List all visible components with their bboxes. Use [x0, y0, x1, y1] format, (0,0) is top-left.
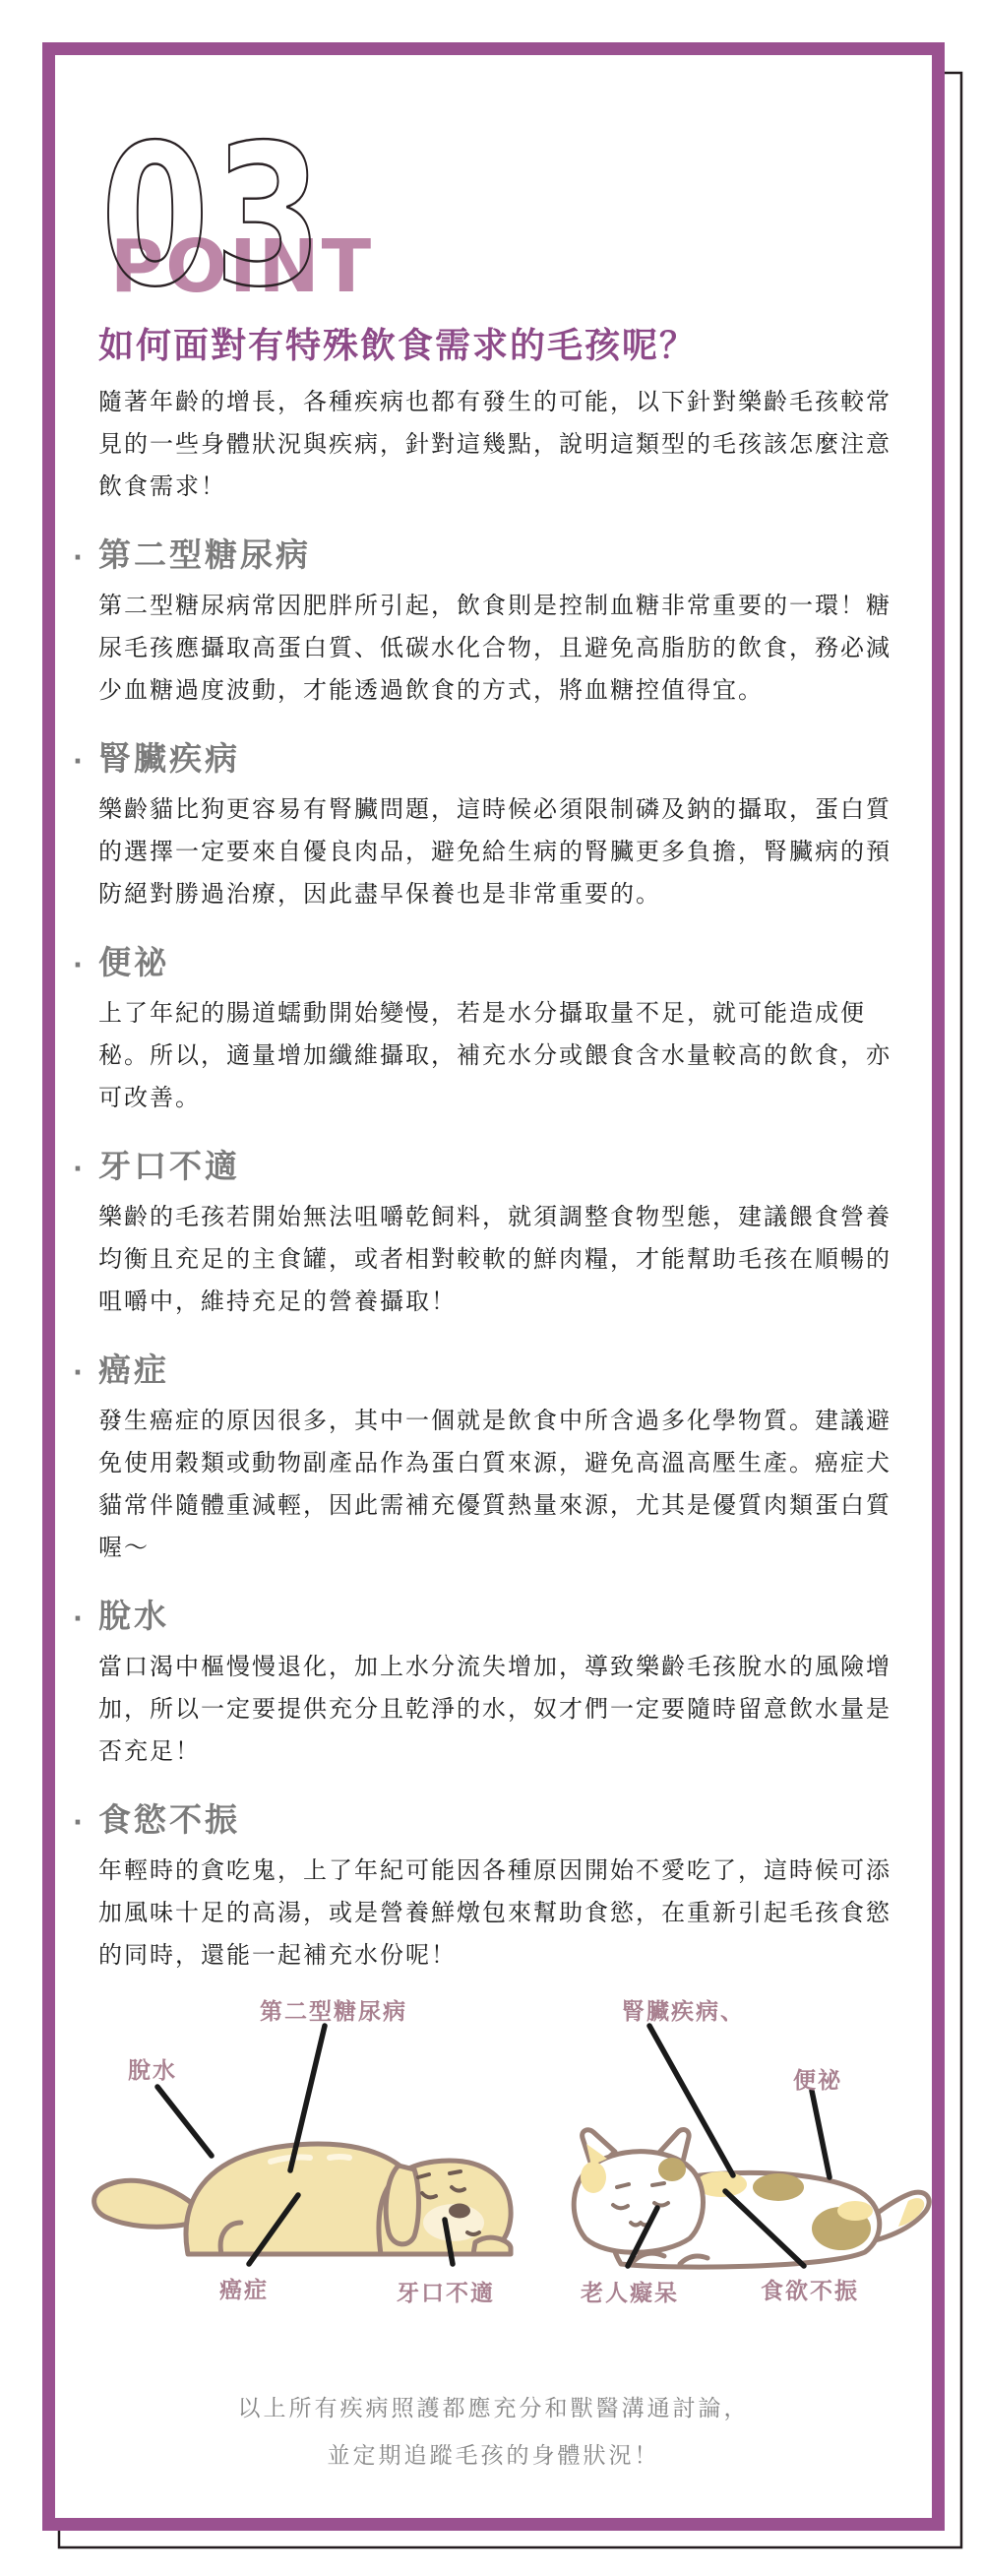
- label-dehydration: 脫水: [128, 2052, 177, 2085]
- bullet-dot: ·: [73, 1351, 86, 1395]
- main-content: 如何面對有特殊飲食需求的毛孩呢？ 隨著年齡的增長，各種疾病也都有發生的可能，以下…: [98, 324, 895, 1977]
- section-dental: ·牙口不適 樂齡的毛孩若開始無法咀嚼乾飼料，就須調整食物型態，建議餵食營養均衡且…: [98, 1145, 895, 1323]
- section-body: 年輕時的貪吃鬼，上了年紀可能因各種原因開始不愛吃了，這時候可添加風味十足的高湯，…: [98, 1850, 895, 1977]
- section-body: 當口渴中樞慢慢退化，加上水分流失增加，導致樂齡毛孩脫水的風險增加，所以一定要提供…: [98, 1646, 895, 1773]
- section-heading: ·便祕: [98, 941, 895, 984]
- section-heading: ·脫水: [98, 1595, 895, 1638]
- section-heading: ·牙口不適: [98, 1145, 895, 1188]
- label-appetite: 食欲不振: [761, 2273, 859, 2305]
- section-heading: ·腎臟疾病: [98, 737, 895, 781]
- label-diabetes: 第二型糖尿病: [260, 1993, 407, 2026]
- section-heading-text: 食慾不振: [98, 1800, 240, 1839]
- intro-paragraph: 隨著年齡的增長，各種疾病也都有發生的可能，以下針對樂齡毛孩較常見的一些身體狀況與…: [98, 381, 895, 508]
- section-kidney: ·腎臟疾病 樂齡貓比狗更容易有腎臟問題，這時候必須限制磷及鈉的攝取，蛋白質的選擇…: [98, 737, 895, 915]
- cat-figure: [574, 2130, 929, 2268]
- section-body: 第二型糖尿病常因肥胖所引起，飲食則是控制血糖非常重要的一環！糖尿毛孩應攝取高蛋白…: [98, 585, 895, 712]
- label-constipation: 便祕: [793, 2062, 842, 2095]
- section-heading-text: 便祕: [98, 943, 169, 981]
- bullet-dot: ·: [73, 1801, 86, 1845]
- label-dental: 牙口不適: [397, 2275, 495, 2307]
- section-heading-text: 腎臟疾病: [98, 739, 240, 778]
- bullet-dot: ·: [73, 944, 86, 987]
- label-cancer: 癌症: [219, 2272, 269, 2304]
- section-heading-text: 牙口不適: [98, 1147, 240, 1185]
- section-body: 上了年紀的腸道蠕動開始變慢，若是水分攝取量不足，就可能造成便秘。所以，適量增加纖…: [98, 992, 895, 1119]
- label-kidney: 腎臟疾病、: [622, 1993, 745, 2026]
- section-heading-text: 第二型糖尿病: [98, 535, 311, 574]
- section-constipation: ·便祕 上了年紀的腸道蠕動開始變慢，若是水分攝取量不足，就可能造成便秘。所以，適…: [98, 941, 895, 1119]
- section-body: 發生癌症的原因很多，其中一個就是飲食中所含過多化學物質。建議避免使用穀類或動物副…: [98, 1400, 895, 1569]
- section-diabetes: ·第二型糖尿病 第二型糖尿病常因肥胖所引起，飲食則是控制血糖非常重要的一環！糖尿…: [98, 534, 895, 712]
- section-cancer: ·癌症 發生癌症的原因很多，其中一個就是飲食中所含過多化學物質。建議避免使用穀類…: [98, 1349, 895, 1569]
- section-heading-text: 癌症: [98, 1351, 169, 1389]
- section-appetite: ·食慾不振 年輕時的貪吃鬼，上了年紀可能因各種原因開始不愛吃了，這時候可添加風味…: [98, 1798, 895, 1977]
- bullet-dot: ·: [73, 1148, 86, 1191]
- section-heading-text: 脫水: [98, 1597, 169, 1635]
- section-heading: ·食慾不振: [98, 1798, 895, 1842]
- section-body: 樂齡貓比狗更容易有腎臟問題，這時候必須限制磷及鈉的攝取，蛋白質的選擇一定要來自優…: [98, 788, 895, 915]
- page-title: 如何面對有特殊飲食需求的毛孩呢？: [98, 324, 895, 369]
- section-heading: ·癌症: [98, 1349, 895, 1392]
- bullet-dot: ·: [73, 740, 86, 784]
- bullet-dot: ·: [73, 1598, 86, 1641]
- footer-note-line2: 並定期追蹤毛孩的身體狀況！: [55, 2437, 932, 2470]
- chapter-badge: POINT 03: [94, 136, 409, 313]
- badge-number-outline: 03: [94, 136, 409, 313]
- footer-note-line1: 以上所有疾病照護都應充分和獸醫溝通討論，: [55, 2390, 932, 2422]
- label-dementia: 老人癡呆: [581, 2275, 679, 2307]
- section-body: 樂齡的毛孩若開始無法咀嚼乾飼料，就須調整食物型態，建議餵食營養均衡且充足的主食罐…: [98, 1196, 895, 1323]
- section-dehydration: ·脫水 當口渴中樞慢慢退化，加上水分流失增加，導致樂齡毛孩脫水的風險增加，所以一…: [98, 1595, 895, 1773]
- pets-illustration: 脫水 第二型糖尿病 腎臟疾病、 便祕 癌症 牙口不適 老人癡呆 食欲不振: [42, 1980, 945, 2350]
- badge-number: 03: [100, 136, 327, 313]
- bullet-dot: ·: [73, 536, 86, 580]
- section-heading: ·第二型糖尿病: [98, 534, 895, 577]
